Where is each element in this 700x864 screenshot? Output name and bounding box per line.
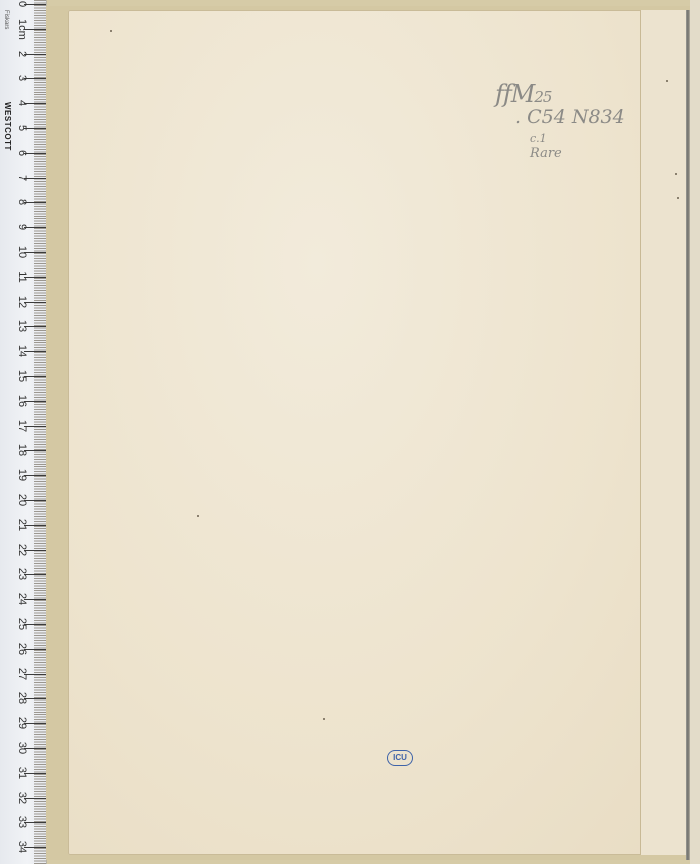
measurement-ruler: Fiskars WESTCOTT 01cm2345678910111213141… <box>0 0 47 864</box>
ruler-number: 28 <box>16 688 28 708</box>
paper-speck <box>110 30 112 32</box>
page-margin-strip <box>641 10 686 855</box>
paper-speck <box>677 197 679 199</box>
paper-speck <box>675 173 677 175</box>
ruler-number: 21 <box>16 515 28 535</box>
ruler-number: 7 <box>16 168 28 188</box>
ruler-number: 34 <box>16 837 28 857</box>
ruler-number: 24 <box>16 589 28 609</box>
ruler-number: 11 <box>16 267 28 287</box>
ruler-ticks <box>34 0 46 864</box>
paper-speck <box>666 80 668 82</box>
ruler-subbrand: Fiskars <box>3 10 9 29</box>
ruler-number: 9 <box>16 217 28 237</box>
ruler-number: 22 <box>16 540 28 560</box>
ruler-number: 5 <box>16 118 28 138</box>
ruler-number: 15 <box>16 366 28 386</box>
ruler-number: 26 <box>16 639 28 659</box>
call-number-line-1: ffM25 <box>495 80 551 108</box>
ruler-number: 23 <box>16 564 28 584</box>
ruler-number: 32 <box>16 788 28 808</box>
ruler-number: 17 <box>16 416 28 436</box>
ruler-number: 19 <box>16 465 28 485</box>
call-number-line-2: . C54 N834 <box>515 106 625 128</box>
ruler-number: 18 <box>16 440 28 460</box>
copy-number: c.1 <box>530 132 547 145</box>
ruler-number: 10 <box>16 242 28 262</box>
ruler-number: 27 <box>16 664 28 684</box>
ruler-number: 14 <box>16 341 28 361</box>
ruler-number: 8 <box>16 192 28 212</box>
ruler-number: 6 <box>16 143 28 163</box>
ruler-number: 1cm <box>16 19 28 39</box>
ruler-number: 0 <box>16 0 28 14</box>
ruler-number: 33 <box>16 812 28 832</box>
ruler-number: 30 <box>16 738 28 758</box>
paper-speck <box>323 718 325 720</box>
ruler-number: 3 <box>16 68 28 88</box>
ruler-number: 25 <box>16 614 28 634</box>
ruler-number: 20 <box>16 490 28 510</box>
rare-label: Rare <box>530 146 562 161</box>
scan-edge <box>690 0 700 864</box>
ruler-number: 4 <box>16 93 28 113</box>
ruler-number: 12 <box>16 292 28 312</box>
ruler-number: 2 <box>16 44 28 64</box>
paper-speck <box>197 515 199 517</box>
ruler-number: 16 <box>16 391 28 411</box>
ruler-number: 29 <box>16 713 28 733</box>
document-page <box>68 10 690 855</box>
ruler-number: 13 <box>16 316 28 336</box>
library-stamp: ICU <box>387 750 413 766</box>
ruler-number: 31 <box>16 763 28 783</box>
ruler-brand: WESTCOTT <box>3 102 12 151</box>
